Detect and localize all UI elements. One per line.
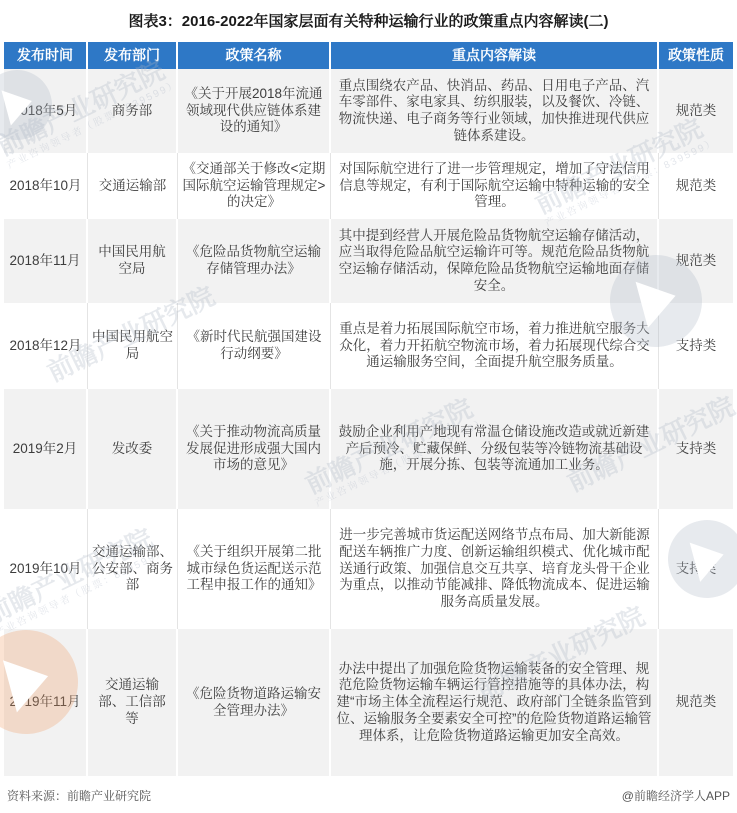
table-row: 2019年11月 交通运输部、工信部等 《危险货物道路运输安全管理办法》 办法中… [4,629,733,776]
column-header-dept: 发布部门 [88,42,178,69]
cell-content: 办法中提出了加强危险货物运输装备的安全管理、规范危险货物运输车辆运行管控措施等的… [331,629,659,776]
table-row: 2018年12月 中国民用航空局 《新时代民航强国建设行动纲要》 重点是着力拓展… [4,303,733,389]
column-header-nature: 政策性质 [659,42,733,69]
table-row: 2018年5月 商务部 《关于开展2018年流通领域现代供应链体系建设的通知》 … [4,69,733,153]
cell-dept: 中国民用航空局 [88,219,178,303]
column-header-content: 重点内容解读 [331,42,659,69]
source-note: 资料来源：前瞻产业研究院 [7,787,151,804]
cell-content: 进一步完善城市货运配送网络节点布局、加大新能源配送车辆推广力度、创新运输组织模式… [331,509,659,629]
cell-date: 2018年5月 [4,69,88,153]
footer: 资料来源：前瞻产业研究院 @前瞻经济学人APP [0,776,737,804]
page-title: 图表3：2016-2022年国家层面有关特种运输行业的政策重点内容解读(二) [0,0,737,42]
cell-nature: 规范类 [659,153,733,219]
cell-policy: 《危险货物道路运输安全管理办法》 [178,629,331,776]
table-row: 2018年10月 交通运输部 《交通部关于修改<定期国际航空运输管理规定>的决定… [4,153,733,219]
credit-note: @前瞻经济学人APP [622,787,730,804]
cell-dept: 交通运输部、公安部、商务部 [88,509,178,629]
table-header-row: 发布时间 发布部门 政策名称 重点内容解读 政策性质 [4,42,733,69]
cell-policy: 《交通部关于修改<定期国际航空运输管理规定>的决定》 [178,153,331,219]
cell-nature: 规范类 [659,629,733,776]
cell-dept: 交通运输部 [88,153,178,219]
policy-table: 发布时间 发布部门 政策名称 重点内容解读 政策性质 2018年5月 商务部 《… [4,42,733,776]
cell-nature: 支持类 [659,509,733,629]
cell-nature: 规范类 [659,219,733,303]
table-row: 2019年2月 发改委 《关于推动物流高质量发展促进形成强大国内市场的意见》 鼓… [4,389,733,509]
cell-policy: 《关于组织开展第二批城市绿色货运配送示范工程申报工作的通知》 [178,509,331,629]
cell-date: 2019年2月 [4,389,88,509]
cell-nature: 规范类 [659,69,733,153]
cell-date: 2018年11月 [4,219,88,303]
cell-policy: 《新时代民航强国建设行动纲要》 [178,303,331,389]
cell-date: 2019年11月 [4,629,88,776]
cell-content: 重点是着力拓展国际航空市场，着力推进航空服务大众化，着力开拓航空物流市场，着力拓… [331,303,659,389]
cell-date: 2019年10月 [4,509,88,629]
column-header-date: 发布时间 [4,42,88,69]
cell-nature: 支持类 [659,303,733,389]
cell-nature: 支持类 [659,389,733,509]
table-row: 2019年10月 交通运输部、公安部、商务部 《关于组织开展第二批城市绿色货运配… [4,509,733,629]
cell-dept: 发改委 [88,389,178,509]
cell-content: 鼓励企业利用产地现有常温仓储设施改造或就近新建产后预冷、贮藏保鲜、分级包装等冷链… [331,389,659,509]
cell-policy: 《关于开展2018年流通领域现代供应链体系建设的通知》 [178,69,331,153]
cell-content: 对国际航空进行了进一步管理规定，增加了守法信用信息等规定，有利于国际航空运输中特… [331,153,659,219]
cell-dept: 中国民用航空局 [88,303,178,389]
cell-dept: 交通运输部、工信部等 [88,629,178,776]
cell-policy: 《关于推动物流高质量发展促进形成强大国内市场的意见》 [178,389,331,509]
cell-content: 其中提到经营人开展危险品货物航空运输存储活动，应当取得危险品航空运输许可等。规范… [331,219,659,303]
table-row: 2018年11月 中国民用航空局 《危险品货物航空运输存储管理办法》 其中提到经… [4,219,733,303]
column-header-policy: 政策名称 [178,42,331,69]
figure-page: 图表3：2016-2022年国家层面有关特种运输行业的政策重点内容解读(二) 发… [0,0,737,813]
cell-content: 重点围绕农产品、快消品、药品、日用电子产品、汽车零部件、家电家具、纺织服装，以及… [331,69,659,153]
cell-date: 2018年12月 [4,303,88,389]
cell-policy: 《危险品货物航空运输存储管理办法》 [178,219,331,303]
cell-date: 2018年10月 [4,153,88,219]
cell-dept: 商务部 [88,69,178,153]
